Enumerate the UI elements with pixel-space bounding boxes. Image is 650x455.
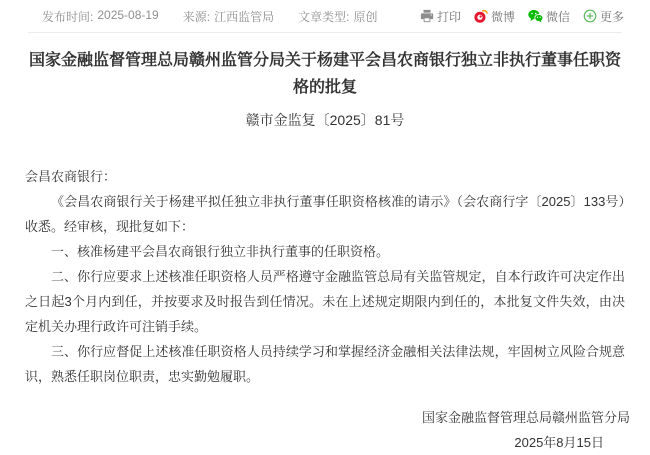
document-number: 赣市金监复〔2025〕81号 bbox=[0, 111, 650, 130]
printer-icon bbox=[420, 9, 434, 23]
source-label: 来源: bbox=[183, 8, 210, 25]
share-weibo-button[interactable]: 微博 bbox=[474, 8, 515, 25]
print-button[interactable]: 打印 bbox=[420, 8, 461, 25]
page-title: 国家金融监督管理总局赣州监管分局关于杨建平会昌农商银行独立非执行董事任职资格的批… bbox=[22, 47, 628, 101]
article-type-label: 文章类型: bbox=[298, 8, 349, 25]
publish-time-label: 发布时间: bbox=[42, 8, 93, 25]
more-button[interactable]: 更多 bbox=[583, 8, 624, 25]
print-label: 打印 bbox=[437, 8, 461, 25]
issue-date: 2025年8月15日 bbox=[0, 430, 650, 455]
article-type: 文章类型: 原创 bbox=[298, 8, 377, 25]
publish-time-value: 2025-08-19 bbox=[97, 8, 158, 25]
more-label: 更多 bbox=[600, 8, 624, 25]
share-wechat-button[interactable]: 微信 bbox=[528, 8, 570, 25]
share-toolbar: 打印 微博 bbox=[420, 8, 624, 25]
source: 来源: 江西监管局 bbox=[183, 8, 274, 25]
weibo-label: 微博 bbox=[491, 8, 515, 25]
plus-circle-icon bbox=[583, 9, 597, 23]
body-paragraph: 二、你行应要求上述核准任职资格人员严格遵守金融监管总局有关监管规定，自本行政许可… bbox=[25, 264, 625, 339]
article-type-value: 原创 bbox=[353, 8, 377, 25]
source-value: 江西监管局 bbox=[214, 8, 274, 25]
document-body: 会昌农商银行： 《会昌农商银行关于杨建平拟任独立非执行董事任职资格核准的请示》（… bbox=[0, 164, 650, 389]
body-paragraph: 《会昌农商银行关于杨建平拟任独立非执行董事任职资格核准的请示》（会农商行字〔20… bbox=[25, 189, 625, 239]
meta-info: 发布时间: 2025-08-19 来源: 江西监管局 文章类型: 原创 bbox=[42, 8, 377, 25]
meta-bar: 发布时间: 2025-08-19 来源: 江西监管局 文章类型: 原创 bbox=[0, 0, 650, 32]
wechat-icon bbox=[528, 9, 543, 23]
issuer-signature: 国家金融监督管理总局赣州监管分局 bbox=[0, 405, 650, 430]
weibo-icon bbox=[474, 9, 488, 23]
salutation: 会昌农商银行： bbox=[25, 164, 625, 189]
header-divider bbox=[28, 32, 622, 33]
publish-time: 发布时间: 2025-08-19 bbox=[42, 8, 159, 25]
signature-block: 国家金融监督管理总局赣州监管分局 2025年8月15日 bbox=[0, 405, 650, 455]
body-paragraph: 三、你行应督促上述核准任职资格人员持续学习和掌握经济金融相关法律法规，牢固树立风… bbox=[25, 339, 625, 389]
article-page: 发布时间: 2025-08-19 来源: 江西监管局 文章类型: 原创 bbox=[0, 0, 650, 455]
wechat-label: 微信 bbox=[546, 8, 570, 25]
body-paragraph: 一、核准杨建平会昌农商银行独立非执行董事的任职资格。 bbox=[25, 239, 625, 264]
